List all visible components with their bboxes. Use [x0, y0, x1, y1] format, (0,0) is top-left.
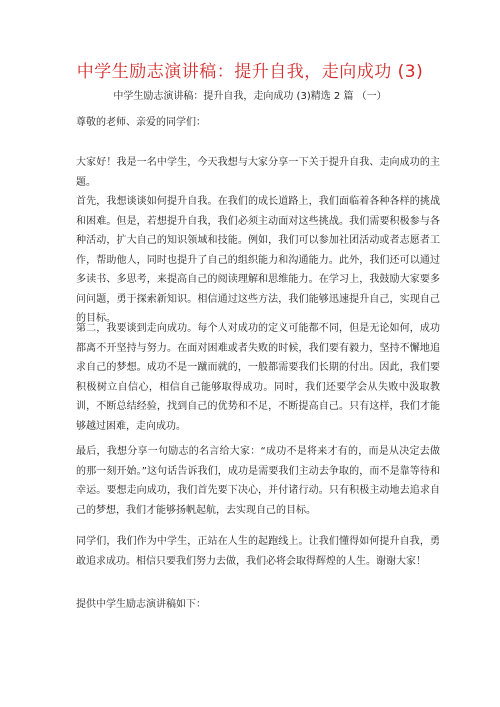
document-page: 中学生励志演讲稿：提升自我，走向成功 (3) 中学生励志演讲稿：提升自我，走向成… — [0, 0, 500, 707]
paragraph-footer-note: 提供中学生励志演讲稿如下： — [76, 595, 440, 615]
document-subtitle: 中学生励志演讲稿：提升自我，走向成功 (3)精选 2 篇 （一） — [0, 89, 500, 105]
document-title: 中学生励志演讲稿：提升自我，走向成功 (3) — [0, 60, 500, 84]
paragraph-quote: 最后，我想分享一句励志的名言给大家：“成功不是将来才有的，而是从决定去做的那一刻… — [76, 442, 440, 520]
greeting-line: 尊敬的老师、亲爱的同学们： — [76, 113, 440, 133]
paragraph-intro: 大家好！我是一名中学生，今天我想与大家分享一下关于提升自我、走向成功的主题。 — [76, 153, 440, 192]
paragraph-self-improvement: 首先，我想谈谈如何提升自我。在我们的成长道路上，我们面临着各种各样的挑战和困难。… — [76, 192, 440, 329]
paragraph-closing: 同学们，我们作为中学生，正站在人生的起跑线上。让我们懂得如何提升自我，勇敢追求成… — [76, 532, 440, 571]
paragraph-success: 第二，我要谈到走向成功。每个人对成功的定义可能都不同，但是无论如何，成功都离不开… — [76, 319, 440, 436]
